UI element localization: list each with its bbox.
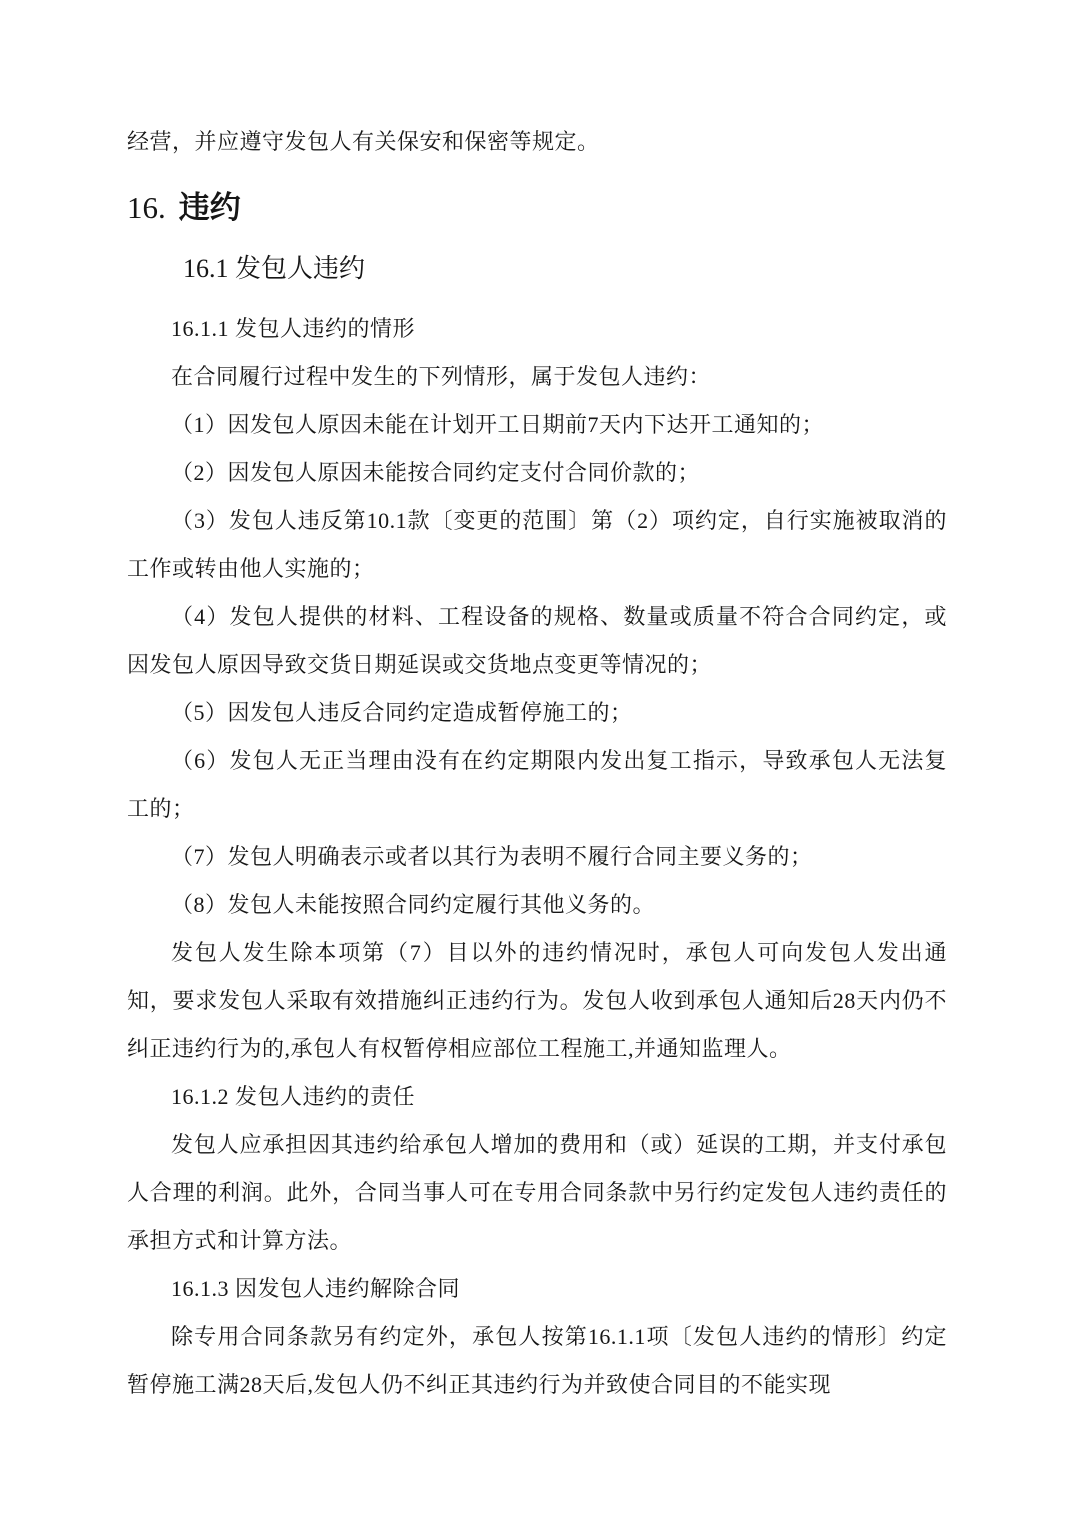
paragraph-termination: 除专用合同条款另有约定外，承包人按第16.1.1项〔发包人违约的情形〕约定暂停施…: [127, 1313, 947, 1409]
document-page: 经营，并应遵守发包人有关保安和保密等规定。 16.违约 16.1 发包人违约 1…: [0, 0, 1074, 1520]
list-item-4: （4）发包人提供的材料、工程设备的规格、数量或质量不符合合同约定，或因发包人原因…: [127, 593, 947, 689]
list-item-3: （3）发包人违反第10.1款〔变更的范围〕第（2）项约定，自行实施被取消的工作或…: [127, 497, 947, 593]
clause-heading-16-1-3: 16.1.3 因发包人违约解除合同: [127, 1265, 947, 1313]
list-item-6: （6）发包人无正当理由没有在约定期限内发出复工指示，导致承包人无法复工的；: [127, 737, 947, 833]
clause-heading-16-1-2: 16.1.2 发包人违约的责任: [127, 1073, 947, 1121]
chapter-number: 16.: [127, 190, 166, 225]
paragraph-intro: 在合同履行过程中发生的下列情形，属于发包人违约：: [127, 353, 947, 401]
list-item-2: （2）因发包人原因未能按合同约定支付合同价款的；: [127, 449, 947, 497]
chapter-title: 违约: [179, 190, 241, 225]
paragraph-notice-remedy: 发包人发生除本项第（7）目以外的违约情况时，承包人可向发包人发出通知，要求发包人…: [127, 929, 947, 1073]
list-item-5: （5）因发包人违反合同约定造成暂停施工的；: [127, 689, 947, 737]
chapter-heading: 16.违约: [127, 182, 947, 234]
section-heading: 16.1 发包人违约: [127, 243, 947, 295]
list-item-1: （1）因发包人原因未能在计划开工日期前7天内下达开工通知的；: [127, 401, 947, 449]
list-item-7: （7）发包人明确表示或者以其行为表明不履行合同主要义务的；: [127, 833, 947, 881]
paragraph-liability: 发包人应承担因其违约给承包人增加的费用和（或）延误的工期，并支付承包人合理的利润…: [127, 1121, 947, 1265]
list-item-8: （8）发包人未能按照合同约定履行其他义务的。: [127, 881, 947, 929]
clause-heading-16-1-1: 16.1.1 发包人违约的情形: [127, 305, 947, 353]
continuation-paragraph: 经营，并应遵守发包人有关保安和保密等规定。: [127, 118, 947, 166]
page-content: 经营，并应遵守发包人有关保安和保密等规定。 16.违约 16.1 发包人违约 1…: [127, 0, 947, 1409]
